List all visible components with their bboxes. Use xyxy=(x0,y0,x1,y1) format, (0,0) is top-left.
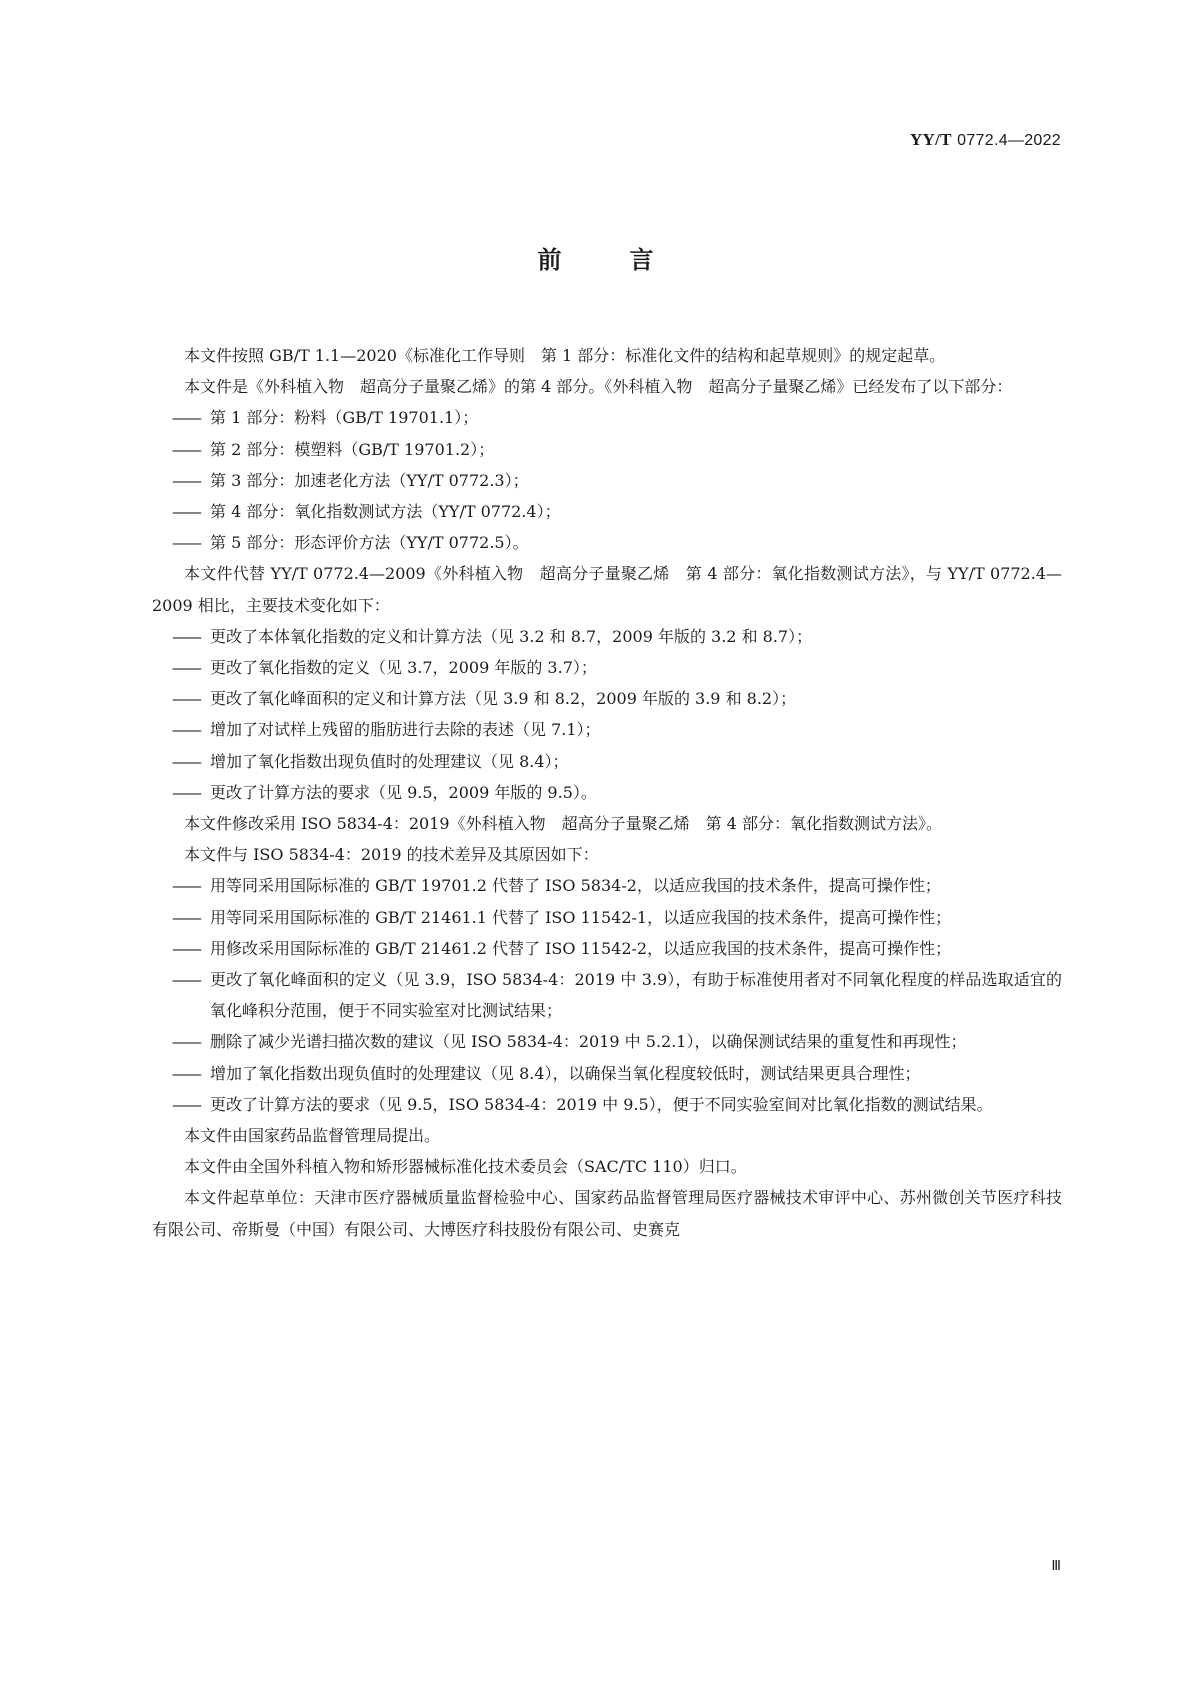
list-item: ——删除了减少光谱扫描次数的建议（见 ISO 5834-4：2019 中 5.2… xyxy=(152,1026,1062,1057)
paragraph-text: 更改了氧化峰面积的定义（见 3.9，ISO 5834-4：2019 中 3.9）… xyxy=(210,970,1062,1020)
paragraph: 本文件与 ISO 5834-4：2019 的技术差异及其原因如下： xyxy=(152,839,1062,870)
list-dash: —— xyxy=(172,777,200,808)
standard-number: 0772.4—2022 xyxy=(957,132,1061,149)
list-item: ——更改了计算方法的要求（见 9.5，ISO 5834-4：2019 中 9.5… xyxy=(152,1089,1062,1120)
list-item: ——第 1 部分：粉料（GB/T 19701.1）； xyxy=(152,402,1062,433)
list-item: ——更改了计算方法的要求（见 9.5，2009 年版的 9.5）。 xyxy=(152,777,1062,808)
list-dash: —— xyxy=(172,870,200,901)
paragraph-text: 本文件修改采用 ISO 5834-4：2019《外科植入物 超高分子量聚乙烯 第… xyxy=(184,814,942,833)
list-dash: —— xyxy=(172,465,200,496)
paragraph-text: 本文件代替 YY/T 0772.4—2009《外科植入物 超高分子量聚乙烯 第 … xyxy=(152,564,1062,614)
paragraph: 本文件代替 YY/T 0772.4—2009《外科植入物 超高分子量聚乙烯 第 … xyxy=(152,558,1062,620)
paragraph-text: 更改了氧化峰面积的定义和计算方法（见 3.9 和 8.2，2009 年版的 3.… xyxy=(210,689,796,708)
paragraph-text: 增加了氧化指数出现负值时的处理建议（见 8.4），以确保当氧化程度较低时，测试结… xyxy=(210,1064,921,1083)
list-dash: —— xyxy=(172,652,200,683)
list-dash: —— xyxy=(172,1058,200,1089)
list-item: ——第 5 部分：形态评价方法（YY/T 0772.5）。 xyxy=(152,527,1062,558)
paragraph-text: 第 3 部分：加速老化方法（YY/T 0772.3）； xyxy=(210,471,529,490)
list-dash: —— xyxy=(172,434,200,465)
list-item: ——用等同采用国际标准的 GB/T 19701.2 代替了 ISO 5834-2… xyxy=(152,870,1062,901)
paragraph-text: 本文件与 ISO 5834-4：2019 的技术差异及其原因如下： xyxy=(184,845,599,864)
paragraph-text: 用等同采用国际标准的 GB/T 21461.1 代替了 ISO 11542-1，… xyxy=(210,908,951,927)
list-dash: —— xyxy=(172,683,200,714)
standard-code: YY/T 0772.4—2022 xyxy=(910,130,1061,150)
paragraph-text: 本文件按照 GB/T 1.1—2020《标准化工作导则 第 1 部分：标准化文件… xyxy=(184,346,945,365)
list-item: ——更改了氧化峰面积的定义（见 3.9，ISO 5834-4：2019 中 3.… xyxy=(152,964,1062,1026)
paragraph: 本文件是《外科植入物 超高分子量聚乙烯》的第 4 部分。《外科植入物 超高分子量… xyxy=(152,371,1062,402)
paragraph-text: 本文件由全国外科植入物和矫形器械标准化技术委员会（SAC/TC 110）归口。 xyxy=(184,1157,747,1176)
paragraph-text: 本文件由国家药品监督管理局提出。 xyxy=(184,1126,440,1145)
paragraph: 本文件由全国外科植入物和矫形器械标准化技术委员会（SAC/TC 110）归口。 xyxy=(152,1151,1062,1182)
list-item: ——用修改采用国际标准的 GB/T 21461.2 代替了 ISO 11542-… xyxy=(152,933,1062,964)
list-dash: —— xyxy=(172,621,200,652)
paragraph: 本文件由国家药品监督管理局提出。 xyxy=(152,1120,1062,1151)
list-dash: —— xyxy=(172,527,200,558)
paragraph-text: 用等同采用国际标准的 GB/T 19701.2 代替了 ISO 5834-2，以… xyxy=(210,876,941,895)
paragraph-text: 删除了减少光谱扫描次数的建议（见 ISO 5834-4：2019 中 5.2.1… xyxy=(210,1032,966,1051)
paragraph-text: 第 1 部分：粉料（GB/T 19701.1）； xyxy=(210,408,478,427)
standard-prefix: YY/T xyxy=(910,130,952,149)
list-dash: —— xyxy=(172,496,200,527)
list-item: ——第 3 部分：加速老化方法（YY/T 0772.3）； xyxy=(152,465,1062,496)
list-dash: —— xyxy=(172,746,200,777)
list-item: ——增加了氧化指数出现负值时的处理建议（见 8.4）； xyxy=(152,746,1062,777)
list-item: ——更改了本体氧化指数的定义和计算方法（见 3.2 和 8.7，2009 年版的… xyxy=(152,621,1062,652)
document-body: 本文件按照 GB/T 1.1—2020《标准化工作导则 第 1 部分：标准化文件… xyxy=(152,340,1062,1245)
page-title: 前言 xyxy=(0,240,1191,275)
paragraph-text: 更改了本体氧化指数的定义和计算方法（见 3.2 和 8.7，2009 年版的 3… xyxy=(210,627,812,646)
paragraph-text: 第 4 部分：氧化指数测试方法（YY/T 0772.4）； xyxy=(210,502,561,521)
paragraph-text: 本文件是《外科植入物 超高分子量聚乙烯》的第 4 部分。《外科植入物 超高分子量… xyxy=(184,377,1012,396)
list-item: ——用等同采用国际标准的 GB/T 21461.1 代替了 ISO 11542-… xyxy=(152,902,1062,933)
paragraph-text: 更改了计算方法的要求（见 9.5，ISO 5834-4：2019 中 9.5），… xyxy=(210,1095,993,1114)
list-dash: —— xyxy=(172,964,200,995)
paragraph-text: 增加了氧化指数出现负值时的处理建议（见 8.4）； xyxy=(210,752,569,771)
paragraph-text: 更改了氧化指数的定义（见 3.7，2009 年版的 3.7）； xyxy=(210,658,597,677)
list-dash: —— xyxy=(172,1089,200,1120)
paragraph-text: 用修改采用国际标准的 GB/T 21461.2 代替了 ISO 11542-2，… xyxy=(210,939,951,958)
paragraph-text: 本文件起草单位：天津市医疗器械质量监督检验中心、国家药品监督管理局医疗器械技术审… xyxy=(152,1188,1062,1238)
paragraph-text: 更改了计算方法的要求（见 9.5，2009 年版的 9.5）。 xyxy=(210,783,597,802)
list-dash: —— xyxy=(172,902,200,933)
page-number: Ⅲ xyxy=(1051,1558,1061,1575)
list-item: ——更改了氧化指数的定义（见 3.7，2009 年版的 3.7）； xyxy=(152,652,1062,683)
list-item: ——第 4 部分：氧化指数测试方法（YY/T 0772.4）； xyxy=(152,496,1062,527)
list-dash: —— xyxy=(172,714,200,745)
list-dash: —— xyxy=(172,1026,200,1057)
paragraph-text: 第 5 部分：形态评价方法（YY/T 0772.5）。 xyxy=(210,533,529,552)
list-item: ——第 2 部分：模塑料（GB/T 19701.2）； xyxy=(152,434,1062,465)
list-item: ——增加了对试样上残留的脂肪进行去除的表述（见 7.1）； xyxy=(152,714,1062,745)
list-item: ——更改了氧化峰面积的定义和计算方法（见 3.9 和 8.2，2009 年版的 … xyxy=(152,683,1062,714)
paragraph: 本文件起草单位：天津市医疗器械质量监督检验中心、国家药品监督管理局医疗器械技术审… xyxy=(152,1182,1062,1244)
paragraph: 本文件按照 GB/T 1.1—2020《标准化工作导则 第 1 部分：标准化文件… xyxy=(152,340,1062,371)
list-dash: —— xyxy=(172,402,200,433)
list-item: ——增加了氧化指数出现负值时的处理建议（见 8.4），以确保当氧化程度较低时，测… xyxy=(152,1058,1062,1089)
paragraph: 本文件修改采用 ISO 5834-4：2019《外科植入物 超高分子量聚乙烯 第… xyxy=(152,808,1062,839)
paragraph-text: 增加了对试样上残留的脂肪进行去除的表述（见 7.1）； xyxy=(210,720,601,739)
paragraph-text: 第 2 部分：模塑料（GB/T 19701.2）； xyxy=(210,440,494,459)
list-dash: —— xyxy=(172,933,200,964)
